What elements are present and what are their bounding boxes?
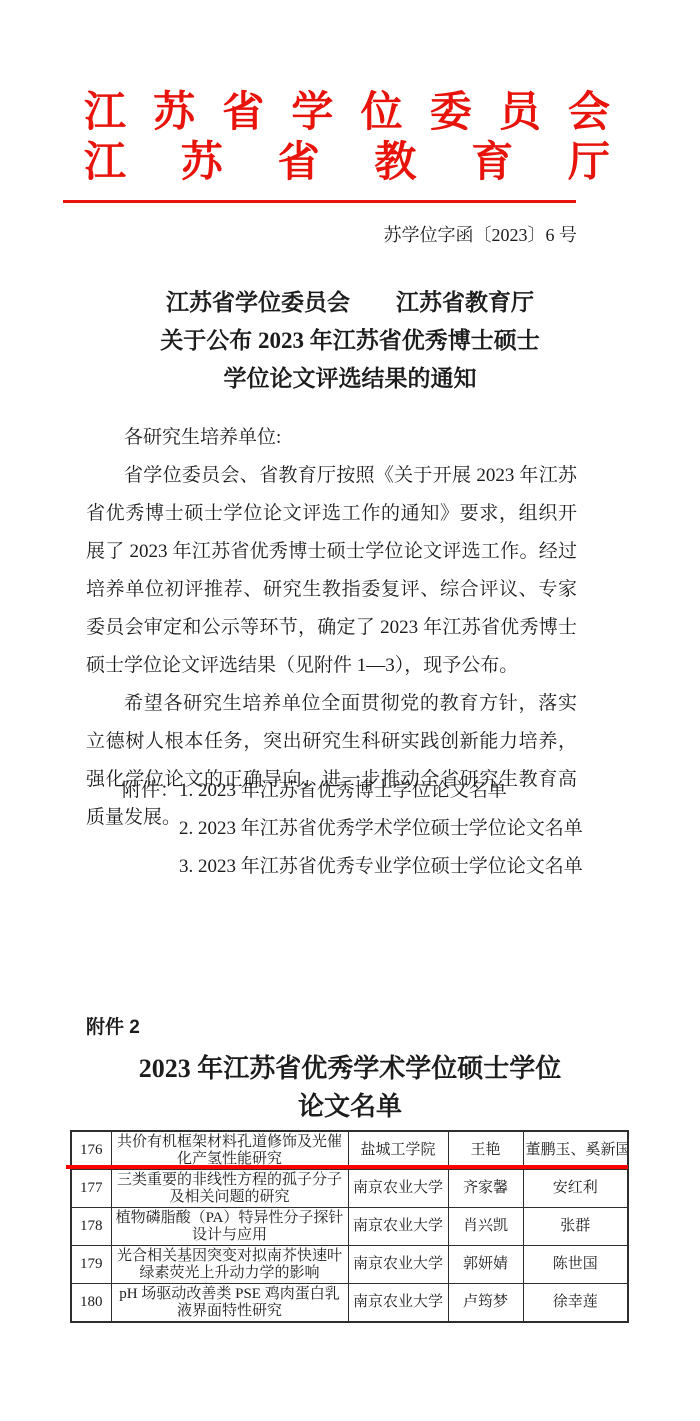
table-row: 176 共价有机框架材料孔道修饰及光催化产氢性能研究 盐城工学院 王艳 董鹏玉、… [71, 1131, 628, 1170]
cell-supervisor: 安红利 [523, 1170, 628, 1208]
cell-author: 肖兴凯 [448, 1208, 523, 1246]
cell-number: 177 [71, 1170, 111, 1208]
cell-university: 南京农业大学 [348, 1246, 448, 1284]
annex-label: 附件 2 [86, 1012, 140, 1039]
attachment-row-1: 附件： 1. 2023 年江苏省优秀博士学位论文名单 [122, 772, 592, 810]
cell-supervisor: 徐幸莲 [523, 1284, 628, 1323]
cell-author: 王艳 [448, 1131, 523, 1170]
cell-university: 南京农业大学 [348, 1170, 448, 1208]
cell-university: 南京农业大学 [348, 1208, 448, 1246]
notice-title: 江苏省学位委员会 江苏省教育厅 关于公布 2023 年江苏省优秀博士硕士 学位论… [0, 284, 700, 398]
cell-university: 南京农业大学 [348, 1284, 448, 1323]
salutation: 各研究生培养单位: [86, 419, 577, 457]
table-row: 178 植物磷脂酸（PA）特异性分子探针设计与应用 南京农业大学 肖兴凯 张群 [71, 1208, 628, 1246]
cell-thesis-title: 植物磷脂酸（PA）特异性分子探针设计与应用 [111, 1208, 348, 1246]
attachments-list: 附件： 1. 2023 年江苏省优秀博士学位论文名单 2. 2023 年江苏省优… [122, 772, 592, 886]
notice-title-line3: 学位论文评选结果的通知 [0, 360, 700, 398]
cell-supervisor: 陈世国 [523, 1246, 628, 1284]
notice-title-line2: 关于公布 2023 年江苏省优秀博士硕士 [0, 322, 700, 360]
cell-number: 176 [71, 1131, 111, 1170]
body-paragraph-1: 省学位委员会、省教育厅按照《关于开展 2023 年江苏省优秀博士硕士学位论文评选… [86, 457, 577, 685]
cell-author: 郭妍婧 [448, 1246, 523, 1284]
annex-title-line2: 论文名单 [0, 1092, 700, 1122]
thesis-table: 176 共价有机框架材料孔道修饰及光催化产氢性能研究 盐城工学院 王艳 董鹏玉、… [70, 1130, 629, 1323]
cell-number: 179 [71, 1246, 111, 1284]
cell-author: 齐家馨 [448, 1170, 523, 1208]
cell-thesis-title: pH 场驱动改善类 PSE 鸡肉蛋白乳液界面特性研究 [111, 1284, 348, 1323]
cell-supervisor: 张群 [523, 1208, 628, 1246]
cell-thesis-title: 三类重要的非线性方程的孤子分子及相关问题的研究 [111, 1170, 348, 1208]
document-number: 苏学位字函〔2023〕6 号 [290, 222, 577, 248]
cell-university: 盐城工学院 [348, 1131, 448, 1170]
notice-title-line1: 江苏省学位委员会 江苏省教育厅 [0, 284, 700, 322]
table-row: 177 三类重要的非线性方程的孤子分子及相关问题的研究 南京农业大学 齐家馨 安… [71, 1170, 628, 1208]
cell-supervisor: 董鹏玉、奚新国 [523, 1131, 628, 1170]
cell-number: 178 [71, 1208, 111, 1246]
cell-author: 卢筠梦 [448, 1284, 523, 1323]
annex-title-line1: 2023 年江苏省优秀学术学位硕士学位 [0, 1054, 700, 1084]
letterhead-org-line1: 江苏省学位委员会 [84, 90, 610, 136]
row-176-red-highlight-line [66, 1165, 628, 1169]
table-row: 180 pH 场驱动改善类 PSE 鸡肉蛋白乳液界面特性研究 南京农业大学 卢筠… [71, 1284, 628, 1323]
attachments-label: 附件： [122, 772, 179, 810]
letterhead-red-rule [63, 200, 576, 203]
letterhead-org-line2: 江苏省教育厅 [84, 140, 610, 186]
cell-thesis-title: 光合相关基因突变对拟南芥快速叶绿素荧光上升动力学的影响 [111, 1246, 348, 1284]
attachment-item-2: 2. 2023 年江苏省优秀学术学位硕士学位论文名单 [179, 810, 592, 848]
attachment-item-1: 1. 2023 年江苏省优秀博士学位论文名单 [179, 772, 507, 810]
table-row: 179 光合相关基因突变对拟南芥快速叶绿素荧光上升动力学的影响 南京农业大学 郭… [71, 1246, 628, 1284]
attachment-item-3: 3. 2023 年江苏省优秀专业学位硕士学位论文名单 [179, 848, 592, 886]
cell-thesis-title: 共价有机框架材料孔道修饰及光催化产氢性能研究 [111, 1131, 348, 1170]
cell-number: 180 [71, 1284, 111, 1323]
